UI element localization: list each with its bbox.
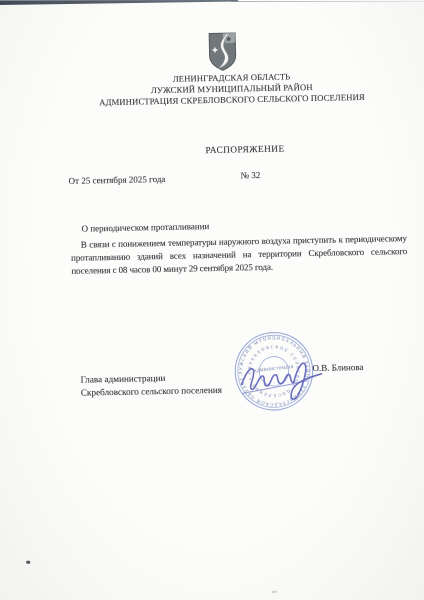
scanner-edge-line — [231, 1, 424, 2]
scanned-document-page: ЛЕНИНГРАДСКАЯ ОБЛАСТЬ ЛУЖСКИЙ МУНИЦИПАЛЬ… — [0, 0, 424, 600]
handwritten-signature — [237, 348, 328, 402]
signatory-position: Глава администрации Скребловского сельск… — [80, 371, 222, 399]
signatory-name: О.В. Блинова — [312, 362, 363, 373]
scan-speck-faint — [272, 591, 277, 593]
document-title: РАСПОРЯЖЕНИЕ — [95, 142, 395, 158]
document-subject: О периодическом протапливании — [81, 221, 209, 234]
scan-speck — [26, 561, 30, 564]
document-number: № 32 — [240, 170, 260, 180]
coat-of-arms-emblem — [208, 31, 238, 72]
signature-stroke-main — [241, 368, 293, 390]
document-body: В связи с понижением температуры наружно… — [71, 232, 408, 278]
org-header: ЛЕНИНГРАДСКАЯ ОБЛАСТЬ ЛУЖСКИЙ МУНИЦИПАЛЬ… — [49, 69, 414, 109]
signatory-position-line2: Скребловского сельского поселения — [81, 383, 222, 398]
document-date: От 25 сентября 2025 года — [68, 174, 165, 186]
document-content: ЛЕНИНГРАДСКАЯ ОБЛАСТЬ ЛУЖСКИЙ МУНИЦИПАЛЬ… — [0, 0, 424, 600]
